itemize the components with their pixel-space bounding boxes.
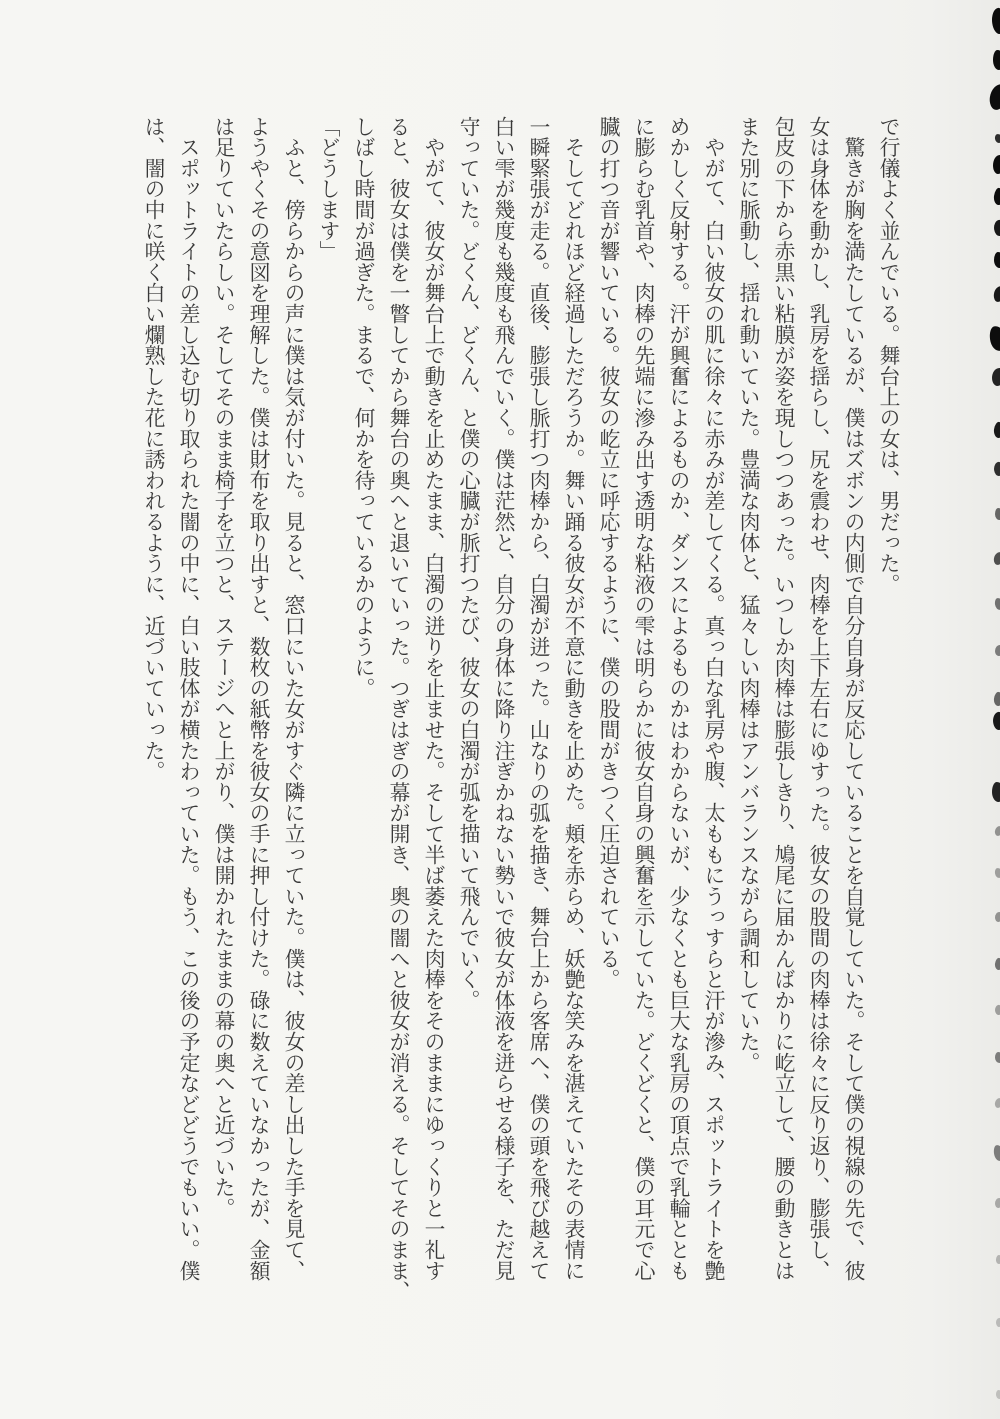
scan-ink-artifact (993, 551, 1000, 565)
text-column: ふと、傍らからの声に僕は気が付いた。見ると、窓口にいた女がすぐ隣に立っていた。僕… (275, 116, 310, 1356)
scan-ink-artifact (995, 645, 1000, 656)
text-column: 女は身体を動かし、乳房を揺らし、尻を震わせ、肉棒を上下左右にゆすった。彼女の股間… (800, 116, 835, 1356)
scan-ink-artifact (993, 219, 1000, 236)
text-column: は足りていたらしい。そしてそのまま椅子を立つと、ステージへと上がり、僕は開かれた… (205, 116, 240, 1356)
scan-ink-artifact (995, 1198, 1000, 1208)
scan-ink-artifact (993, 155, 1000, 174)
text-column: 白い雫が幾度も幾度も飛んでいく。僕は茫然と、自分の身体に降り注ぎかねない勢いで彼… (485, 116, 520, 1356)
text-column: やがて、彼女が舞台上で動きを止めたまま、白濁の迸りを止ませた。そして半ば萎えた肉… (415, 116, 450, 1356)
text-column: そしてどれほど経過しただろうか。舞い踊る彼女が不意に動きを止めた。頬を赤らめ、妖… (555, 116, 590, 1356)
scan-ink-artifact (994, 598, 1000, 611)
text-column: 臓の打つ音が響いている。彼女の屹立に呼応するように、僕の股間がきつく圧迫されてい… (590, 116, 625, 1356)
scan-ink-artifact (994, 252, 1000, 268)
text-column: また別に脈動し、揺れ動いていた。豊満な肉体と、猛々しい肉棒はアンバランスながら調… (730, 116, 765, 1356)
scan-ink-artifact (995, 1255, 1000, 1265)
text-column: やがて、白い彼女の肌に徐々に赤みが差してくる。真っ白な乳房や腹、太ももにうっすら… (695, 116, 730, 1356)
scan-ink-artifact (990, 7, 1000, 35)
scan-ink-artifact (994, 1098, 1000, 1109)
scan-ink-artifact (993, 187, 1000, 205)
scan-ink-artifact (993, 1144, 1000, 1161)
text-column: ようやくその意図を理解した。僕は財布を取り出すと、数枚の紙幣を彼女の手に押し付け… (240, 116, 275, 1356)
scan-ink-artifact (994, 826, 1000, 837)
scan-ink-artifact (992, 368, 1000, 386)
text-column: ると、彼女は僕を一瞥してから舞台の奥へと退いていった。つぎはぎの幕が開き、奥の闇… (380, 116, 415, 1356)
text-column: しばし時間が過ぎた。まるで、何かを待っているかのように。 (345, 116, 380, 1356)
text-column: に膨らむ乳首や、肉棒の先端に滲み出す透明な粘液の雫は明らかに彼女自身の興奮を示し… (625, 116, 660, 1356)
scan-ink-artifact (995, 508, 1000, 520)
scan-ink-artifact (992, 711, 1000, 730)
text-column: 一瞬緊張が走る。直後、膨張し脈打つ肉棒から、白濁が迸った。山なりの弧を描き、舞台… (520, 116, 555, 1356)
text-column: 守っていた。どくん、どくん、と僕の心臓が脈打つたび、彼女の白濁が弧を描いて飛んで… (450, 116, 485, 1356)
scan-ink-artifact (993, 285, 1000, 302)
scan-ink-artifact (995, 912, 1000, 922)
text-column: は、闇の中に咲く白い爛熟した花に誘われるように、近づいていった。 (135, 116, 170, 1356)
scan-ink-artifact (995, 1318, 1000, 1328)
scan-ink-artifact (995, 1052, 1000, 1063)
scan-ink-artifact (996, 1390, 1000, 1399)
scan-ink-artifact (993, 461, 1000, 476)
text-column: 驚きが胸を満たしているが、僕はズボンの内側で自分自身が反応していることを自覚して… (835, 116, 870, 1356)
text-column: スポットライトの差し込む切り取られた闇の中に、白い肢体が横たわっていた。もう、こ… (170, 116, 205, 1356)
text-column: めかしく反射する。汗が興奮によるものか、ダンスによるものかはわからないが、少なく… (660, 116, 695, 1356)
scan-ink-artifact (992, 782, 1000, 802)
scan-ink-artifact (988, 83, 1000, 111)
text-column: 包皮の下から赤黒い粘膜が姿を現しつつあった。いつしか肉棒は膨張しきり、鳩尾に届か… (765, 116, 800, 1356)
text-column: で行儀よく並んでいる。舞台上の女は、男だった。 (870, 116, 905, 1356)
scan-ink-artifact (993, 691, 1000, 706)
scan-ink-artifact (994, 868, 1000, 879)
vertical-text-block: で行儀よく並んでいる。舞台上の女は、男だった。 驚きが胸を満たしているが、僕はズ… (135, 116, 905, 1356)
scan-ink-artifact (993, 421, 1000, 438)
text-column: 「どうします」 (310, 116, 345, 1356)
scan-ink-artifact (994, 958, 1000, 971)
scan-ink-artifact (994, 134, 1000, 144)
scanned-book-page: で行儀よく並んでいる。舞台上の女は、男だった。 驚きが胸を満たしているが、僕はズ… (0, 0, 1000, 1419)
scan-ink-artifact (993, 50, 1000, 70)
scan-ink-artifact (994, 1005, 1000, 1016)
scan-ink-artifact (988, 325, 1000, 352)
